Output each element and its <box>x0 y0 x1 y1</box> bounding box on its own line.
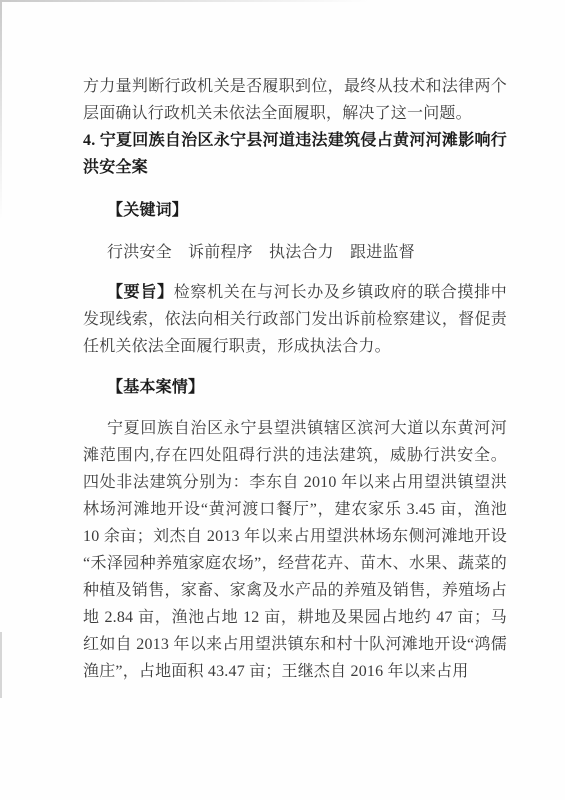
document-page: 方力量判断行政机关是否履职到位，最终从技术和法律两个层面确认行政机关未依法全面履… <box>0 0 565 800</box>
facts-label: 【基本案情】 <box>83 374 507 401</box>
case-title: 4. 宁夏回族自治区永宁县河道违法建筑侵占黄河河滩影响行洪安全案 <box>83 127 507 181</box>
gist-label: 【要旨】 <box>107 284 174 301</box>
keywords-text: 行洪安全 诉前程序 执法合力 跟进监督 <box>83 239 507 266</box>
document-content: 方力量判断行政机关是否履职到位，最终从技术和法律两个层面确认行政机关未依法全面履… <box>83 73 507 685</box>
scan-edge-left <box>0 0 2 220</box>
scan-edge-top <box>0 0 370 2</box>
continuation-paragraph: 方力量判断行政机关是否履职到位，最终从技术和法律两个层面确认行政机关未依法全面履… <box>83 73 507 127</box>
scan-edge-left-lower <box>0 632 2 698</box>
gist-paragraph: 【要旨】检察机关在与河长办及乡镇政府的联合摸排中发现线索，依法向相关行政部门发出… <box>83 279 507 360</box>
keywords-label: 【关键词】 <box>83 197 507 224</box>
facts-paragraph: 宁夏回族自治区永宁县望洪镇辖区滨河大道以东黄河河滩范围内,存在四处阻碍行洪的违法… <box>83 415 507 685</box>
